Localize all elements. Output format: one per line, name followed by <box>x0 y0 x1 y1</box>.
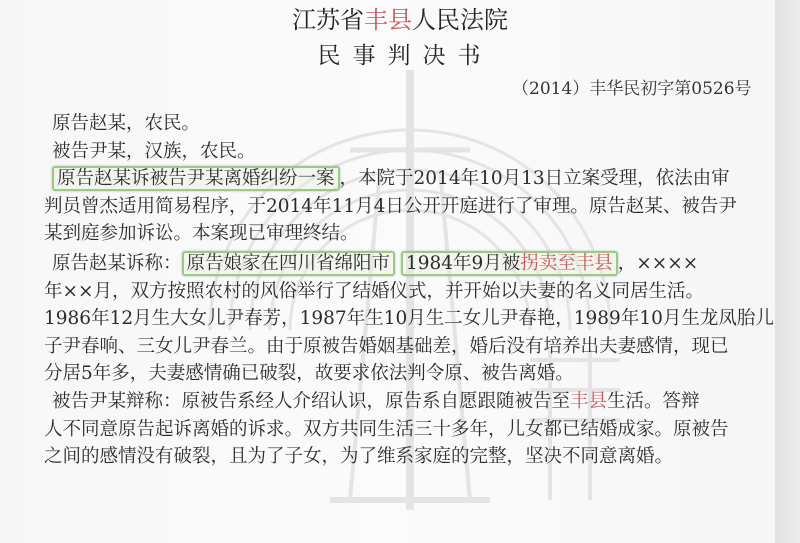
defendant-line: 被告尹某，汉族，农民。 <box>52 138 764 166</box>
document-page: 江苏省丰县人民法院 民事判决书 （2014）丰华民初字第0526号 原告赵某，农… <box>0 0 775 543</box>
procedure-line-1: 原告赵某诉被告尹某离婚纠纷一案，本院于2014年10月13日立案受理，依法由审 <box>52 165 764 193</box>
trafficking-highlight: 1984年9月被拐卖至丰县 <box>401 251 618 276</box>
court-name-county: 丰县 <box>364 6 412 34</box>
defendant-defense-line-2: 人不同意原告起诉离婚的诉求。双方共同生活三十多年，儿女都已结婚成家。原被告 <box>44 416 764 444</box>
defense-line-1-prefix: 被告尹某辩称：原被告系经人介绍认识，原告系自愿跟随被告至 <box>52 391 570 412</box>
plaintiff-claim-line-1: 原告赵某诉称：原告娘家在四川省绵阳市 1984年9月被拐卖至丰县，×××× <box>52 250 764 278</box>
plaintiff-claim-line-4: 子尹春响、三女儿尹春兰。由于原被告婚姻基础差，婚后没有培养出夫妻感情，现已 <box>44 333 764 361</box>
plaintiff-claim-line-3: 1986年12月生大女儿尹春芳，1987年生10月生二女儿尹春艳，1989年10… <box>44 305 764 333</box>
plaintiff-claim-line-2: 年××月，双方按照农村的风俗举行了结婚仪式，并开始以夫妻的名义同居生活。 <box>44 278 764 306</box>
plaintiff-claim-line-5: 分居5年多，夫妻感情确已破裂，故要求依法判令原、被告离婚。 <box>44 360 764 388</box>
court-name: 江苏省丰县人民法院 <box>0 4 775 36</box>
document-body: 原告赵某，农民。 被告尹某，汉族，农民。 原告赵某诉被告尹某离婚纠纷一案，本院于… <box>52 110 764 471</box>
court-name-suffix: 人民法院 <box>412 6 508 34</box>
page-edge-margin <box>775 0 800 543</box>
trafficking-date: 1984年9月被 <box>406 253 520 274</box>
court-name-prefix: 江苏省 <box>292 6 364 34</box>
defendant-defense-line-3: 之间的感情没有破裂，且为了子女，为了维系家庭的完整，坚决不同意离婚。 <box>44 443 764 471</box>
plaintiff-claim-line-1-rest: ，×××× <box>618 253 699 274</box>
case-summary-highlight: 原告赵某诉被告尹某离婚纠纷一案 <box>52 166 340 191</box>
procedure-line-1-rest: ，本院于2014年10月13日立案受理，依法由审 <box>340 168 730 189</box>
procedure-line-2: 判员曾杰适用简易程序，于2014年11月4日公开开庭进行了审理。原告赵某、被告尹 <box>44 193 764 221</box>
document-type-title: 民事判决书 <box>0 40 775 72</box>
trafficking-emphasis: 拐卖至丰县 <box>520 253 613 274</box>
plaintiff-claim-label: 原告赵某诉称： <box>52 253 182 274</box>
origin-highlight: 原告娘家在四川省绵阳市 <box>182 251 396 276</box>
defense-line-1-suffix: 生活。答辩 <box>607 391 700 412</box>
defendant-defense-line-1: 被告尹某辩称：原被告系经人介绍认识，原告系自愿跟随被告至丰县生活。答辩 <box>52 388 764 416</box>
case-number: （2014）丰华民初字第0526号 <box>512 77 752 101</box>
defense-county-emphasis: 丰县 <box>570 391 607 412</box>
procedure-line-3: 某到庭参加诉讼。本案现已审理终结。 <box>44 220 764 248</box>
plaintiff-line: 原告赵某，农民。 <box>52 110 764 138</box>
